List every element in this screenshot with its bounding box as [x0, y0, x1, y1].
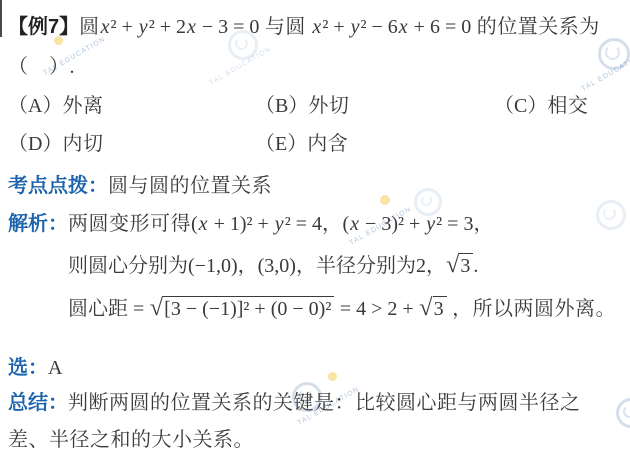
option-d: （D）内切: [8, 127, 103, 156]
option-e-key: （E）: [255, 133, 307, 155]
option-b: （B）外切: [255, 89, 349, 118]
answer-line: 选：A: [8, 351, 62, 380]
radicand: 3: [459, 253, 473, 277]
watermark-dot: [380, 195, 390, 205]
distance-label: 圆心距 =: [68, 298, 144, 320]
key-point-line: 考点点拨：圆与圆的位置关系: [8, 169, 272, 198]
summary-line-2: 差、半径之和的大小关系。: [8, 423, 254, 452]
answer-blank: （ ）.: [8, 50, 75, 79]
separator: ，: [322, 213, 343, 235]
option-b-label: 外切: [308, 95, 349, 117]
option-d-key: （D）: [8, 133, 62, 155]
watermark-swirl-icon: [616, 398, 630, 428]
summary-line-1: 总结：判断两圆的位置关系的关键是：比较圆心距与两圆半径之: [8, 386, 581, 415]
conclusion-text: ，所以两圆外离。: [452, 298, 616, 320]
analysis-line-2: 则圆心分别为(−1,0)，(3,0)，半径分别为2，√3.: [68, 249, 479, 278]
period: .: [473, 255, 479, 277]
analysis-label: 解析：: [8, 213, 68, 235]
transformed-equation-1: (x + 1)² + y² = 4: [191, 213, 322, 235]
option-e: （E）内含: [255, 127, 348, 156]
summary-label: 总结：: [8, 392, 68, 414]
scan-edge-artifact: [0, 0, 2, 37]
option-c: （C）相交: [494, 89, 588, 118]
summary-text-2: 差、半径之和的大小关系。: [8, 429, 254, 451]
watermark-swirl-icon: [596, 200, 626, 230]
centers-radii-text: 则圆心分别为(−1,0)，(3,0)，半径分别为2，: [68, 255, 446, 277]
distance-radical-expression: √[3 − (−1)]² + (0 − 0)²: [150, 298, 335, 320]
option-c-key: （C）: [494, 95, 547, 117]
summary-text-1: 判断两圆的位置关系的关键是：比较圆心距与两圆半径之: [68, 392, 581, 414]
transformed-equation-2: (x − 3)² + y² = 3: [342, 213, 473, 235]
option-b-key: （B）: [255, 95, 308, 117]
option-d-label: 内切: [62, 133, 103, 155]
radicand: [3 − (−1)]² + (0 − 0)²: [163, 296, 334, 320]
separator: ，: [473, 213, 494, 235]
option-c-label: 相交: [547, 95, 588, 117]
circle2-equation: x² + y² − 6x + 6 = 0: [311, 16, 471, 38]
circle1-equation: x² + y² + 2x − 3 = 0: [100, 16, 260, 38]
problem-text-post: 的位置关系为: [471, 16, 600, 38]
watermark-dot: [328, 372, 337, 381]
answer-value: A: [48, 357, 62, 379]
radical-sign: √: [419, 294, 432, 321]
key-point-text: 圆与圆的位置关系: [108, 175, 272, 197]
radicand: 3: [433, 296, 447, 320]
option-a-key: （A）: [8, 95, 62, 117]
problem-text-mid: 与圆: [259, 16, 311, 38]
example-label: 【例7】: [8, 16, 79, 38]
radical-sign: √: [446, 251, 459, 278]
problem-text-pre: 圆: [79, 16, 100, 38]
watermark-logo-text: TAL EDUCATION: [209, 46, 273, 87]
option-a: （A）外离: [8, 89, 103, 118]
distance-comparison: = 4 > 2 +: [340, 298, 414, 320]
problem-statement: 【例7】圆x² + y² + 2x − 3 = 0 与圆 x² + y² − 6…: [8, 10, 600, 39]
option-e-label: 内含: [307, 133, 348, 155]
watermark-swirl-icon: [598, 38, 630, 70]
analysis-line-1: 解析：两圆变形可得(x + 1)² + y² = 4，(x − 3)² + y²…: [8, 207, 494, 236]
analysis-line-3: 圆心距 = √[3 − (−1)]² + (0 − 0)² = 4 > 2 + …: [68, 292, 616, 321]
answer-label: 选：: [8, 357, 48, 379]
watermark-logo-text: TAL EDUCATION: [581, 52, 630, 93]
option-a-label: 外离: [62, 95, 103, 117]
analysis-text-pre: 两圆变形可得: [68, 213, 191, 235]
key-point-label: 考点点拨：: [8, 175, 108, 197]
sqrt-3-expression: √3: [446, 255, 473, 277]
radical-sign: √: [150, 294, 163, 321]
sqrt-3-expression: √3: [419, 298, 446, 320]
